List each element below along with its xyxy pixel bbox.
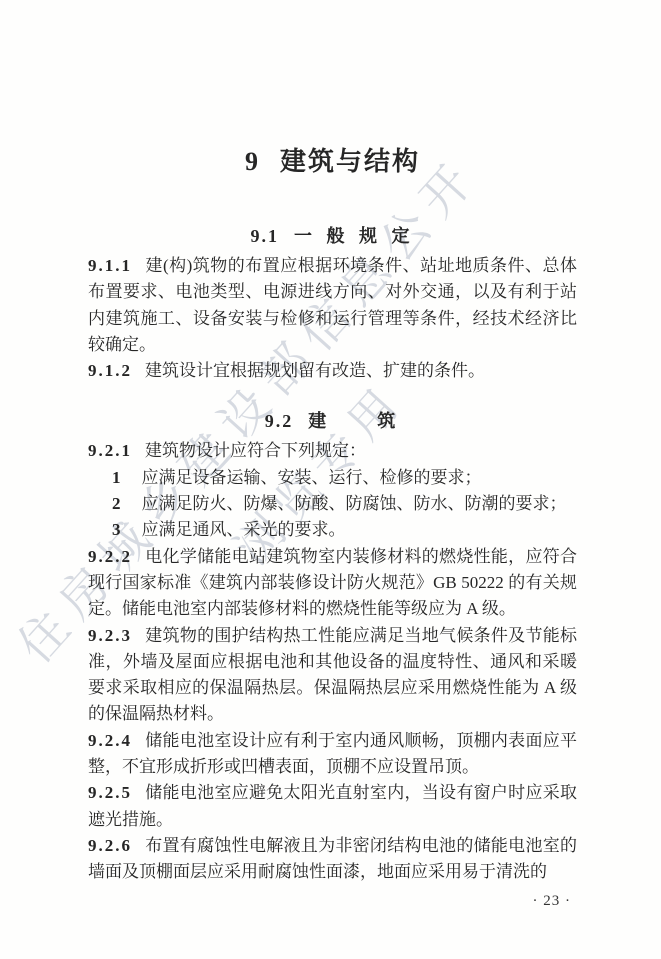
item-number: 1 (112, 468, 121, 487)
chapter-number: 9 (245, 147, 260, 176)
clause-9-2-2: 9.2.2电化学储能电站建筑物室内装修材料的燃烧性能，应符合现行国家标准《建筑内… (88, 544, 577, 623)
clause-9-2-3: 9.2.3建筑物的围护结构热工性能应满足当地气候条件及节能标准，外墙及屋面应根据… (88, 623, 577, 728)
clause-number: 9.2.6 (88, 836, 132, 855)
clause-9-2-1: 9.2.1建筑物设计应符合下列规定： (88, 438, 577, 464)
clause-9-1-2: 9.1.2建筑设计宜根据规划留有改造、扩建的条件。 (88, 358, 577, 384)
item-number: 2 (112, 494, 121, 513)
clause-text: 建筑物设计应符合下列规定： (145, 441, 366, 460)
clause-text: 储能电池室应避免太阳光直射室内，当设有窗户时应采取遮光措施。 (88, 783, 577, 828)
clause-number: 9.2.3 (88, 626, 132, 645)
clause-number: 9.2.5 (88, 783, 132, 802)
clause-9-2-1-item-2: 2应满足防火、防爆、防酸、防腐蚀、防水、防潮的要求； (88, 491, 577, 517)
clause-number: 9.1.1 (88, 256, 132, 275)
section-9-1-body: 9.1.1建(构)筑物的布置应根据环境条件、站址地质条件、总体布置要求、电池类型… (88, 253, 577, 384)
section-title-9-1: 一 般 规 定 (294, 226, 415, 246)
clause-text: 建筑物的围护结构热工性能应满足当地气候条件及节能标准，外墙及屋面应根据电池和其他… (88, 626, 577, 724)
section-number-9-2: 9.2 (265, 411, 294, 431)
chapter-title: 9建筑与结构 (88, 146, 577, 178)
item-number: 3 (112, 520, 121, 539)
clause-number: 9.2.4 (88, 731, 132, 750)
chapter-title-text: 建筑与结构 (280, 147, 420, 176)
section-number-9-1: 9.1 (251, 226, 280, 246)
clause-number: 9.2.1 (88, 441, 132, 460)
document-page: 住房城乡建设部信息公开 浏览专用 9建筑与结构 9.1一 般 规 定 9.1.1… (0, 0, 661, 959)
clause-text: 布置有腐蚀性电解液且为非密闭结构电池的储能电池室的墙面及顶棚面层应采用耐腐蚀性面… (88, 836, 577, 881)
clause-9-2-1-item-3: 3应满足通风、采光的要求。 (88, 517, 577, 543)
section-9-2-body: 9.2.1建筑物设计应符合下列规定： 1应满足设备运输、安装、运行、检修的要求；… (88, 438, 577, 885)
clause-9-1-1: 9.1.1建(构)筑物的布置应根据环境条件、站址地质条件、总体布置要求、电池类型… (88, 253, 577, 358)
item-text: 应满足通风、采光的要求。 (142, 520, 346, 539)
clause-number: 9.1.2 (88, 361, 132, 380)
clause-text: 建(构)筑物的布置应根据环境条件、站址地质条件、总体布置要求、电池类型、电源进线… (88, 256, 577, 354)
clause-9-2-4: 9.2.4储能电池室设计应有利于室内通风顺畅，顶棚内表面应平整，不宜形成折形或凹… (88, 728, 577, 781)
clause-9-2-1-item-1: 1应满足设备运输、安装、运行、检修的要求； (88, 465, 577, 491)
page-content: 9建筑与结构 9.1一 般 规 定 9.1.1建(构)筑物的布置应根据环境条件、… (0, 0, 661, 959)
section-heading-9-2: 9.2建 筑 (88, 409, 577, 433)
item-text: 应满足防火、防爆、防酸、防腐蚀、防水、防潮的要求； (142, 494, 567, 513)
clause-text: 储能电池室设计应有利于室内通风顺畅，顶棚内表面应平整，不宜形成折形或凹槽表面，顶… (88, 731, 577, 776)
section-title-9-2: 建 筑 (308, 411, 400, 431)
page-number: · 23 · (88, 893, 577, 910)
clause-9-2-6: 9.2.6布置有腐蚀性电解液且为非密闭结构电池的储能电池室的墙面及顶棚面层应采用… (88, 833, 577, 886)
item-text: 应满足设备运输、安装、运行、检修的要求； (142, 468, 482, 487)
clause-text: 电化学储能电站建筑物室内装修材料的燃烧性能，应符合现行国家标准《建筑内部装修设计… (88, 547, 577, 619)
clause-text: 建筑设计宜根据规划留有改造、扩建的条件。 (145, 361, 485, 380)
clause-9-2-5: 9.2.5储能电池室应避免太阳光直射室内，当设有窗户时应采取遮光措施。 (88, 780, 577, 833)
section-heading-9-1: 9.1一 般 规 定 (88, 224, 577, 248)
clause-number: 9.2.2 (88, 547, 132, 566)
